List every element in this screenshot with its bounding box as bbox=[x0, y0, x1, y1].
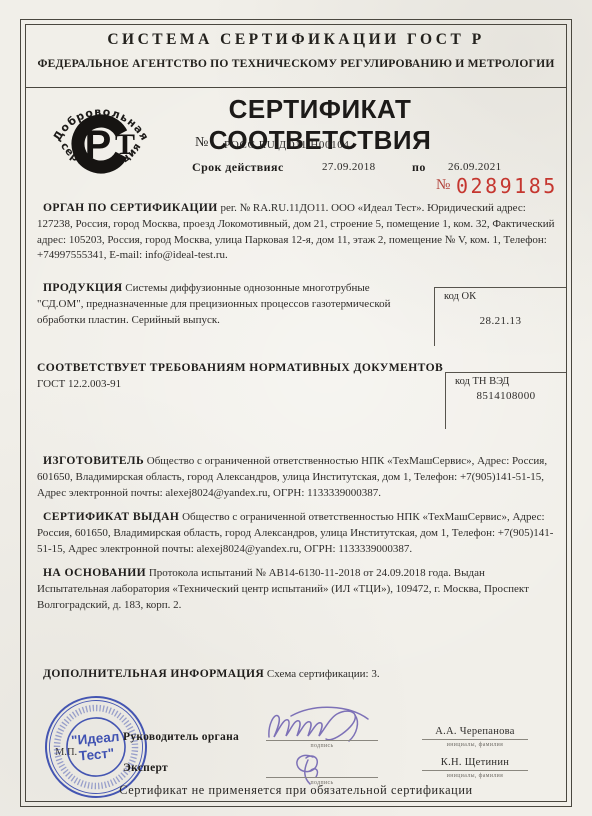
ok-code-label: код ОК bbox=[435, 288, 566, 302]
validity-to-label: по bbox=[412, 160, 426, 175]
section-product: ПРОДУКЦИЯ Системы диффузионные однозонны… bbox=[37, 280, 393, 328]
head-name: А.А. Черепанова bbox=[422, 726, 528, 737]
reg-number-value: РОСС RU.ДО11.Н00104 bbox=[224, 139, 349, 151]
serial-number: 0289185 bbox=[456, 174, 558, 198]
reg-numero-sign: № bbox=[195, 135, 208, 151]
section-issued-to: СЕРТИФИКАТ ВЫДАН Общество с ограниченной… bbox=[37, 509, 556, 557]
tnved-code-box: код ТН ВЭД 8514108000 bbox=[445, 372, 566, 429]
serial-numero-sign: № bbox=[436, 177, 450, 194]
logo-letter-p: Р bbox=[85, 123, 112, 167]
head-signature-scribble bbox=[263, 705, 378, 743]
additional-label: ДОПОЛНИТЕЛЬНАЯ ИНФОРМАЦИЯ bbox=[43, 667, 264, 680]
section-manufacturer: ИЗГОТОВИТЕЛЬ Общество с ограниченной отв… bbox=[37, 453, 556, 501]
stamp-line2: Тест" bbox=[78, 745, 115, 763]
agency-title: ФЕДЕРАЛЬНОЕ АГЕНТСТВО ПО ТЕХНИЧЕСКОМУ РЕ… bbox=[25, 57, 567, 70]
validity-from-date: 27.09.2018 bbox=[322, 161, 376, 173]
head-name-line bbox=[422, 739, 528, 740]
head-signature-caption: подпись bbox=[266, 743, 378, 749]
ok-code-value: 28.21.13 bbox=[435, 315, 566, 327]
conforms-label: СООТВЕТСТВУЕТ ТРЕБОВАНИЯМ НОРМАТИВНЫХ ДО… bbox=[37, 361, 443, 374]
expert-signature-line bbox=[266, 777, 378, 778]
section-basis: НА ОСНОВАНИИ Протокола испытаний № АВ14-… bbox=[37, 565, 556, 613]
additional-text: Схема сертификации: 3. bbox=[267, 668, 380, 680]
footer-note: Сертификат не применяется при обязательн… bbox=[25, 783, 567, 798]
conforms-standard: ГОСТ 12.2.003-91 bbox=[37, 378, 121, 390]
head-name-caption: инициалы, фамилия bbox=[422, 742, 528, 748]
ok-code-box: код ОК 28.21.13 bbox=[434, 287, 566, 346]
validity-from-label: с bbox=[278, 160, 284, 175]
validity-label: Срок действия bbox=[192, 160, 278, 175]
issued-label: СЕРТИФИКАТ ВЫДАН bbox=[43, 510, 179, 523]
product-label: ПРОДУКЦИЯ bbox=[43, 281, 123, 294]
section-certification-body: ОРГАН ПО СЕРТИФИКАЦИИ рег. № RA.RU.11ДО1… bbox=[37, 200, 556, 264]
system-title: СИСТЕМА СЕРТИФИКАЦИИ ГОСТ Р bbox=[25, 31, 567, 49]
expert-name-caption: инициалы, фамилия bbox=[422, 773, 528, 779]
manufacturer-label: ИЗГОТОВИТЕЛЬ bbox=[43, 454, 144, 467]
tnved-code-label: код ТН ВЭД bbox=[446, 373, 566, 387]
head-role-label: Руководитель органа bbox=[123, 731, 239, 743]
expert-name-line bbox=[422, 770, 528, 771]
head-signature-line bbox=[266, 740, 378, 741]
basis-label: НА ОСНОВАНИИ bbox=[43, 566, 146, 579]
tnved-code-value: 8514108000 bbox=[446, 390, 566, 402]
expert-role-label: Эксперт bbox=[123, 762, 168, 774]
expert-name: К.Н. Щетинин bbox=[422, 757, 528, 768]
organ-label: ОРГАН ПО СЕРТИФИКАЦИИ bbox=[43, 201, 218, 214]
validity-to-date: 26.09.2021 bbox=[448, 161, 502, 173]
section-additional-info: ДОПОЛНИТЕЛЬНАЯ ИНФОРМАЦИЯ Схема сертифик… bbox=[37, 666, 556, 683]
certificate-page: СИСТЕМА СЕРТИФИКАЦИИ ГОСТ Р ФЕДЕРАЛЬНОЕ … bbox=[0, 0, 592, 816]
